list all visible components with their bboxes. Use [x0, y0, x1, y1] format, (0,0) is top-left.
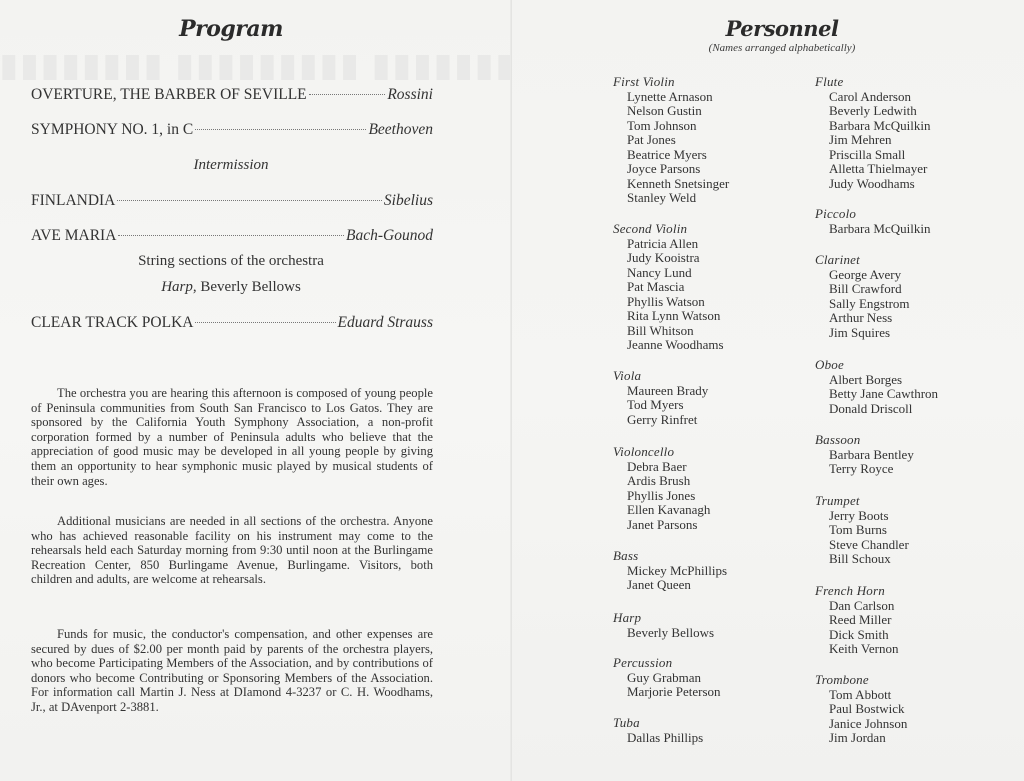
member-name: Ardis Brush — [613, 474, 710, 489]
program-piece: OVERTURE, THE BARBER OF SEVILLE Rossini — [31, 86, 433, 104]
dot-leader — [118, 235, 344, 236]
dot-leader — [195, 322, 335, 323]
intermission-label: Intermission — [30, 157, 432, 174]
instrument-heading: Second Violin — [613, 222, 724, 237]
instrument-heading: Trombone — [815, 673, 907, 688]
member-name: Bill Crawford — [815, 282, 910, 297]
member-name: Arthur Ness — [815, 311, 910, 326]
member-name: Joyce Parsons — [613, 162, 729, 177]
instrument-heading: Viola — [613, 369, 708, 384]
member-name: Judy Woodhams — [815, 177, 930, 192]
piece-title: OVERTURE, THE BARBER OF SEVILLE — [31, 86, 307, 104]
program-page: ▮▮▮▮▮▮▮▮ ▮▮▮▮▮▮▮▮▮ ▮▮▮▮▮▮▮▮▮▮ ▮▮▮▮▮▮▮▮ P… — [0, 0, 512, 781]
member-name: Gerry Rinfret — [613, 413, 708, 428]
instrument-section: FluteCarol AndersonBeverly LedwithBarbar… — [815, 75, 930, 191]
member-name: Beverly Ledwith — [815, 104, 930, 119]
member-name: Dallas Phillips — [613, 731, 703, 746]
member-name: Jim Jordan — [815, 731, 907, 746]
member-name: Tod Myers — [613, 398, 708, 413]
program-piece: AVE MARIA Bach-Gounod — [31, 227, 433, 245]
member-name: Beverly Bellows — [613, 626, 714, 641]
instrument-section: TrumpetJerry BootsTom BurnsSteve Chandle… — [815, 494, 909, 567]
instrument-section: ViolaMaureen BradyTod MyersGerry Rinfret — [613, 369, 708, 427]
instrument-heading: Bassoon — [815, 433, 914, 448]
instrument-section: VioloncelloDebra BaerArdis BrushPhyllis … — [613, 445, 710, 532]
instrument-section: ClarinetGeorge AveryBill CrawfordSally E… — [815, 253, 910, 340]
piece-title: SYMPHONY NO. 1, in C — [31, 121, 193, 139]
instrument-heading: Flute — [815, 75, 930, 90]
member-name: Marjorie Peterson — [613, 685, 721, 700]
member-name: Albert Borges — [815, 373, 938, 388]
instrument-section: BassMickey McPhillipsJanet Queen — [613, 549, 727, 593]
member-name: Maureen Brady — [613, 384, 708, 399]
harp-performer: , Beverly Bellows — [193, 279, 301, 295]
member-name: Alletta Thielmayer — [815, 162, 930, 177]
orchestra-description-paragraph: The orchestra you are hearing this after… — [31, 386, 433, 488]
member-name: Jim Mehren — [815, 133, 930, 148]
member-name: Rita Lynn Watson — [613, 309, 724, 324]
instrument-section: TubaDallas Phillips — [613, 716, 703, 745]
dot-leader — [309, 94, 386, 95]
member-name: Phyllis Jones — [613, 489, 710, 504]
dot-leader — [195, 129, 366, 130]
instrument-section: HarpBeverly Bellows — [613, 611, 714, 640]
member-name: Carol Anderson — [815, 90, 930, 105]
member-name: Phyllis Watson — [613, 295, 724, 310]
member-name: George Avery — [815, 268, 910, 283]
member-name: Paul Bostwick — [815, 702, 907, 717]
member-name: Bill Schoux — [815, 552, 909, 567]
piece-title: CLEAR TRACK POLKA — [31, 314, 193, 332]
instrument-heading: French Horn — [815, 584, 898, 599]
member-name: Stanley Weld — [613, 191, 729, 206]
member-name: Sally Engstrom — [815, 297, 910, 312]
piece-composer: Bach-Gounod — [346, 227, 433, 245]
instrument-section: Second ViolinPatricia AllenJudy Kooistra… — [613, 222, 724, 353]
instrument-heading: Bass — [613, 549, 727, 564]
piece-composer: Sibelius — [384, 192, 433, 210]
member-name: Keith Vernon — [815, 642, 898, 657]
member-name: Kenneth Snetsinger — [613, 177, 729, 192]
member-name: Janet Parsons — [613, 518, 710, 533]
instrument-heading: Clarinet — [815, 253, 910, 268]
member-name: Tom Burns — [815, 523, 909, 538]
member-name: Nelson Gustin — [613, 104, 729, 119]
member-name: Barbara McQuilkin — [815, 222, 930, 237]
member-name: Nancy Lund — [613, 266, 724, 281]
instrument-section: PiccoloBarbara McQuilkin — [815, 207, 930, 236]
member-name: Jerry Boots — [815, 509, 909, 524]
program-piece: CLEAR TRACK POLKA Eduard Strauss — [31, 314, 433, 332]
musicians-needed-paragraph: Additional musicians are needed in all s… — [31, 514, 433, 587]
member-name: Ellen Kavanagh — [613, 503, 710, 518]
program-title: Program — [0, 16, 462, 42]
member-name: Janet Queen — [613, 578, 727, 593]
member-name: Mickey McPhillips — [613, 564, 727, 579]
member-name: Pat Mascia — [613, 280, 724, 295]
member-name: Patricia Allen — [613, 237, 724, 252]
piece-title: FINLANDIA — [31, 192, 115, 210]
instrument-section: BassoonBarbara BentleyTerry Royce — [815, 433, 914, 477]
member-name: Guy Grabman — [613, 671, 721, 686]
piece-composer: Beethoven — [368, 121, 433, 139]
member-name: Beatrice Myers — [613, 148, 729, 163]
instrument-heading: First Violin — [613, 75, 729, 90]
member-name: Tom Johnson — [613, 119, 729, 134]
member-name: Debra Baer — [613, 460, 710, 475]
dot-leader — [117, 200, 382, 201]
member-name: Janice Johnson — [815, 717, 907, 732]
member-name: Priscilla Small — [815, 148, 930, 163]
member-name: Bill Whitson — [613, 324, 724, 339]
instrument-section: OboeAlbert BorgesBetty Jane CawthronDona… — [815, 358, 938, 416]
member-name: Steve Chandler — [815, 538, 909, 553]
instrument-section: French HornDan CarlsonReed MillerDick Sm… — [815, 584, 898, 657]
member-name: Tom Abbott — [815, 688, 907, 703]
piece-composer: Rossini — [387, 86, 433, 104]
member-name: Judy Kooistra — [613, 251, 724, 266]
member-name: Dan Carlson — [815, 599, 898, 614]
member-name: Donald Driscoll — [815, 402, 938, 417]
harp-label: Harp — [161, 279, 193, 295]
piece-composer: Eduard Strauss — [338, 314, 433, 332]
program-piece: SYMPHONY NO. 1, in C Beethoven — [31, 121, 433, 139]
performer-note: String sections of the orchestra — [30, 253, 432, 270]
harp-note: Harp, Beverly Bellows — [30, 279, 432, 296]
member-name: Reed Miller — [815, 613, 898, 628]
member-name: Jim Squires — [815, 326, 910, 341]
member-name: Dick Smith — [815, 628, 898, 643]
program-piece: FINLANDIA Sibelius — [31, 192, 433, 210]
personnel-subtitle: (Names arranged alphabetically) — [612, 42, 952, 54]
member-name: Betty Jane Cawthron — [815, 387, 938, 402]
instrument-section: PercussionGuy GrabmanMarjorie Peterson — [613, 656, 721, 700]
member-name: Barbara Bentley — [815, 448, 914, 463]
member-name: Pat Jones — [613, 133, 729, 148]
member-name: Barbara McQuilkin — [815, 119, 930, 134]
instrument-heading: Oboe — [815, 358, 938, 373]
personnel-title: Personnel — [612, 16, 952, 41]
bleed-through-text: ▮▮▮▮▮▮▮▮ ▮▮▮▮▮▮▮▮▮ ▮▮▮▮▮▮▮▮▮▮ ▮▮▮▮▮▮▮▮ — [0, 46, 512, 80]
instrument-section: First ViolinLynette ArnasonNelson Gustin… — [613, 75, 729, 206]
member-name: Jeanne Woodhams — [613, 338, 724, 353]
funding-paragraph: Funds for music, the conductor's compens… — [31, 627, 433, 715]
instrument-section: TromboneTom AbbottPaul BostwickJanice Jo… — [815, 673, 907, 746]
instrument-heading: Percussion — [613, 656, 721, 671]
personnel-page: Personnel (Names arranged alphabetically… — [512, 0, 1024, 781]
instrument-heading: Piccolo — [815, 207, 930, 222]
instrument-heading: Tuba — [613, 716, 703, 731]
member-name: Terry Royce — [815, 462, 914, 477]
instrument-heading: Harp — [613, 611, 714, 626]
piece-title: AVE MARIA — [31, 227, 116, 245]
instrument-heading: Violoncello — [613, 445, 710, 460]
member-name: Lynette Arnason — [613, 90, 729, 105]
instrument-heading: Trumpet — [815, 494, 909, 509]
